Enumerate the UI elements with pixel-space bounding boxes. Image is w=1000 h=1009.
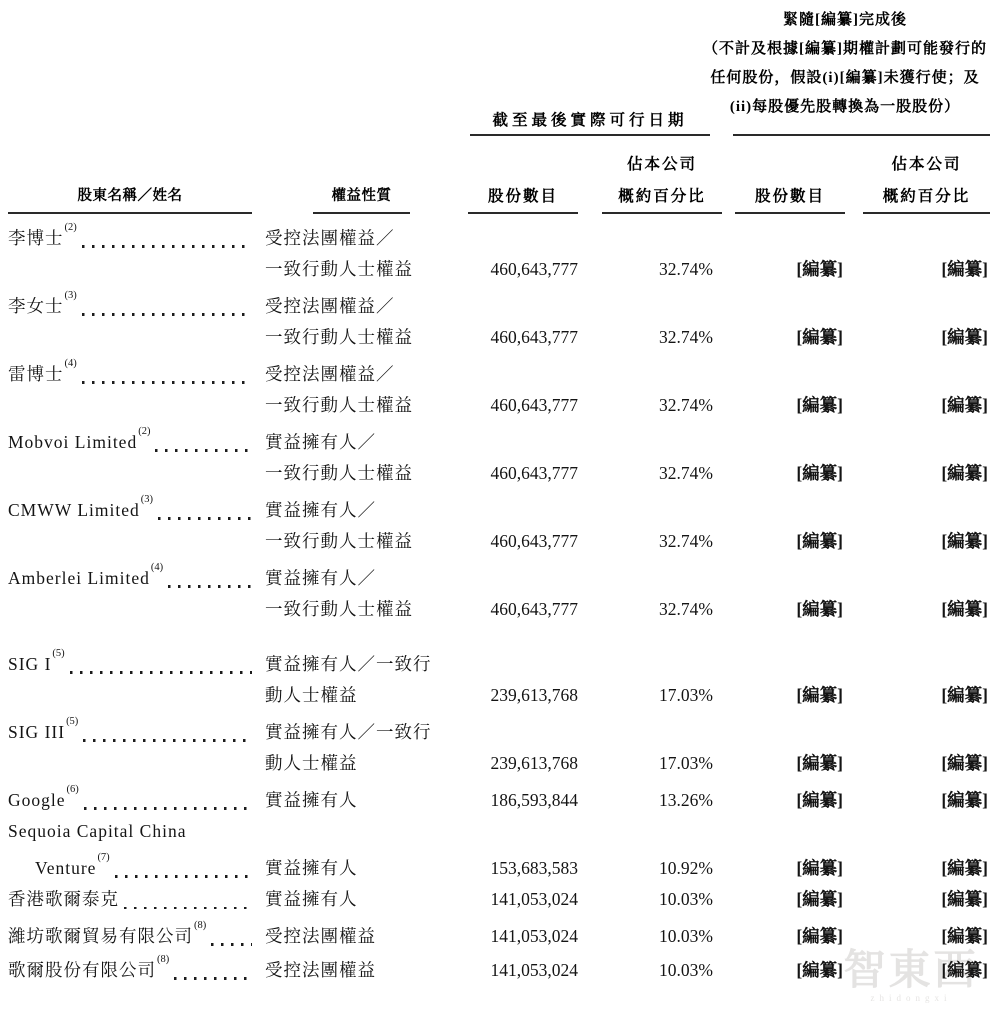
table-row-line: 李女士(3)受控法團權益／ <box>8 286 988 320</box>
nature-of-interest: 受控法團權益／ <box>258 357 455 391</box>
shareholder-name: 濰坊歌爾貿易有限公司(8) <box>8 916 206 953</box>
footnote-superscript: (2) <box>138 426 150 437</box>
dot-leader <box>83 739 252 741</box>
nature-of-interest: 一致行動人士權益 <box>258 456 455 490</box>
approx-percentage: 10.03% <box>578 882 713 916</box>
table-row-line: 雷博士(4)受控法團權益／ <box>8 354 988 388</box>
table-row: SIG I(5)實益擁有人／一致行動人士權益239,613,76817.03%[… <box>8 644 988 712</box>
nature-of-interest: 實益擁有人／ <box>258 493 455 527</box>
post-completion-shares: [編纂] <box>713 919 843 953</box>
shares-count: 460,643,777 <box>455 320 578 354</box>
post-completion-percentage: [編纂] <box>843 678 988 712</box>
dot-leader <box>82 245 252 247</box>
post-completion-shares: [編纂] <box>713 851 843 885</box>
footnote-superscript: (3) <box>65 290 77 301</box>
post-completion-percentage: [編纂] <box>843 592 988 626</box>
watermark-logo: 智東西 <box>826 947 996 995</box>
shareholder-name-cell: Sequoia Capital China <box>8 814 258 848</box>
table-row-line: 一致行動人士權益460,643,77732.74%[編纂][編纂] <box>8 592 988 626</box>
post-completion-line: （不計及根據[編纂]期權計劃可能發行的 <box>690 35 1000 64</box>
post-completion-percentage: [編纂] <box>843 320 988 354</box>
shareholder-name-header: 股東名稱／姓名 <box>8 184 252 205</box>
approx-percentage: 32.74% <box>578 592 713 626</box>
shareholder-name-cell: SIG I(5) <box>8 644 258 681</box>
nature-of-interest: 實益擁有人／ <box>258 561 455 595</box>
nature-of-interest: 實益擁有人 <box>258 851 455 885</box>
as-at-date-rule <box>470 134 710 136</box>
dot-leader <box>158 517 252 519</box>
table-row: 香港歌爾泰克實益擁有人141,053,02410.03%[編纂][編纂] <box>8 882 988 916</box>
table-row-line: 動人士權益239,613,76817.03%[編纂][編纂] <box>8 746 988 780</box>
nature-of-interest: 受控法團權益 <box>258 953 455 987</box>
column-rule <box>468 212 578 214</box>
table-row-line: Venture(7)實益擁有人153,683,58310.92%[編纂][編纂] <box>8 848 988 882</box>
table-row-line: 一致行動人士權益460,643,77732.74%[編纂][編纂] <box>8 320 988 354</box>
shareholder-name: Amberlei Limited(4) <box>8 558 163 595</box>
shares-count: 186,593,844 <box>455 783 578 817</box>
post-completion-shares: [編纂] <box>713 882 843 916</box>
table-row-line: 香港歌爾泰克實益擁有人141,053,02410.03%[編纂][編纂] <box>8 882 988 916</box>
table-row: CMWW Limited(3)實益擁有人／一致行動人士權益460,643,777… <box>8 490 988 558</box>
nature-of-interest: 一致行動人士權益 <box>258 320 455 354</box>
shareholder-name-cell: Mobvoi Limited(2) <box>8 422 258 459</box>
nature-of-interest: 動人士權益 <box>258 746 455 780</box>
table-row-line: 濰坊歌爾貿易有限公司(8)受控法團權益141,053,02410.03%[編纂]… <box>8 916 988 950</box>
post-completion-shares: [編纂] <box>713 592 843 626</box>
nature-of-interest: 受控法團權益／ <box>258 221 455 255</box>
shareholder-name: 香港歌爾泰克 <box>8 882 119 916</box>
shareholder-name: 李博士(2) <box>8 218 77 255</box>
table-row-line: 李博士(2)受控法團權益／ <box>8 218 988 252</box>
footnote-superscript: (7) <box>97 852 109 863</box>
shareholder-name-cell: 濰坊歌爾貿易有限公司(8) <box>8 916 258 953</box>
table-row: 濰坊歌爾貿易有限公司(8)受控法團權益141,053,02410.03%[編纂]… <box>8 916 988 950</box>
post-completion-shares: [編纂] <box>713 252 843 286</box>
prospectus-page: 緊隨[編纂]完成後 （不計及根據[編纂]期權計劃可能發行的 任何股份，假設(i)… <box>0 0 1000 1009</box>
pct-of-company-label: 佔本公司 <box>602 152 722 174</box>
approx-percentage: 32.74% <box>578 320 713 354</box>
footnote-superscript: (6) <box>67 784 79 795</box>
approx-percentage-header: 概約百分比 <box>863 184 990 206</box>
dot-leader <box>124 907 252 909</box>
table-row-line: 一致行動人士權益460,643,77732.74%[編纂][編纂] <box>8 456 988 490</box>
post-completion-percentage: [編纂] <box>843 252 988 286</box>
table-row: Amberlei Limited(4)實益擁有人／一致行動人士權益460,643… <box>8 558 988 626</box>
approx-percentage: 10.03% <box>578 953 713 987</box>
table-row-line: 一致行動人士權益460,643,77732.74%[編纂][編纂] <box>8 524 988 558</box>
table-row: SIG III(5)實益擁有人／一致行動人士權益239,613,76817.03… <box>8 712 988 780</box>
post-completion-percentage: [編纂] <box>843 456 988 490</box>
footnote-superscript: (2) <box>65 222 77 233</box>
post-completion-percentage: [編纂] <box>843 783 988 817</box>
nature-of-interest: 一致行動人士權益 <box>258 592 455 626</box>
as-at-date-header: 截至最後實際可行日期 <box>470 108 710 130</box>
dot-leader <box>82 313 252 315</box>
shareholder-name-cell: 歌爾股份有限公司(8) <box>8 950 258 987</box>
column-rule <box>602 212 722 214</box>
table-row-line: 一致行動人士權益460,643,77732.74%[編纂][編纂] <box>8 252 988 286</box>
nature-of-interest: 受控法團權益 <box>258 919 455 953</box>
column-rule <box>8 212 252 214</box>
shares-count: 153,683,583 <box>455 851 578 885</box>
shareholder-name-cell: Amberlei Limited(4) <box>8 558 258 595</box>
shares-count: 460,643,777 <box>455 456 578 490</box>
shares-count-header: 股份數目 <box>735 184 845 206</box>
table-row: 雷博士(4)受控法團權益／一致行動人士權益460,643,77732.74%[編… <box>8 354 988 422</box>
approx-percentage: 10.03% <box>578 919 713 953</box>
shares-count: 239,613,768 <box>455 678 578 712</box>
table-row-line: Mobvoi Limited(2)實益擁有人／ <box>8 422 988 456</box>
post-completion-percentage: [編纂] <box>843 388 988 422</box>
shareholder-name: Sequoia Capital China <box>8 814 186 848</box>
approx-percentage: 10.92% <box>578 851 713 885</box>
table-row-line: SIG III(5)實益擁有人／一致行 <box>8 712 988 746</box>
post-completion-percentage: [編纂] <box>843 746 988 780</box>
nature-of-interest-header: 權益性質 <box>313 184 410 205</box>
approx-percentage: 32.74% <box>578 388 713 422</box>
nature-of-interest: 實益擁有人 <box>258 783 455 817</box>
approx-percentage: 32.74% <box>578 524 713 558</box>
dot-leader <box>211 943 252 945</box>
shareholder-name-cell: 李女士(3) <box>8 286 258 323</box>
dot-leader <box>168 585 252 587</box>
approx-percentage-header: 概約百分比 <box>602 184 722 206</box>
shares-count: 460,643,777 <box>455 388 578 422</box>
footnote-superscript: (4) <box>65 358 77 369</box>
column-rule <box>863 212 990 214</box>
shares-count: 239,613,768 <box>455 746 578 780</box>
shareholder-name: Google(6) <box>8 780 79 817</box>
post-completion-shares: [編纂] <box>713 524 843 558</box>
shareholder-name-cell: CMWW Limited(3) <box>8 490 258 527</box>
table-row: Google(6)實益擁有人186,593,84413.26%[編纂][編纂] <box>8 780 988 814</box>
post-completion-rule <box>733 134 990 136</box>
dot-leader <box>82 381 252 383</box>
footnote-superscript: (5) <box>66 716 78 727</box>
post-completion-shares: [編纂] <box>713 953 843 987</box>
shares-count: 141,053,024 <box>455 953 578 987</box>
shares-count: 460,643,777 <box>455 592 578 626</box>
pct-of-company-label: 佔本公司 <box>863 152 990 174</box>
watermark: 智東西 zhidongxi <box>826 947 996 1003</box>
nature-of-interest: 實益擁有人／一致行 <box>258 647 455 681</box>
shares-count: 141,053,024 <box>455 919 578 953</box>
post-completion-line: 任何股份，假設(i)[編纂]未獲行使；及 <box>690 64 1000 93</box>
post-completion-percentage: [編纂] <box>843 851 988 885</box>
dot-leader <box>115 875 252 877</box>
approx-percentage: 32.74% <box>578 456 713 490</box>
post-completion-shares: [編纂] <box>713 783 843 817</box>
post-completion-shares: [編纂] <box>713 456 843 490</box>
nature-of-interest: 動人士權益 <box>258 678 455 712</box>
nature-of-interest: 實益擁有人 <box>258 882 455 916</box>
table-row: 李女士(3)受控法團權益／一致行動人士權益460,643,77732.74%[編… <box>8 286 988 354</box>
nature-of-interest: 一致行動人士權益 <box>258 388 455 422</box>
shareholder-name: SIG I(5) <box>8 644 65 681</box>
shareholder-name: 李女士(3) <box>8 286 77 323</box>
shareholder-name-cell: SIG III(5) <box>8 712 258 749</box>
approx-percentage: 17.03% <box>578 746 713 780</box>
shares-count: 460,643,777 <box>455 252 578 286</box>
nature-of-interest: 一致行動人士權益 <box>258 252 455 286</box>
nature-of-interest: 一致行動人士權益 <box>258 524 455 558</box>
shares-count-header: 股份數目 <box>468 184 578 206</box>
table-row-line: CMWW Limited(3)實益擁有人／ <box>8 490 988 524</box>
nature-of-interest: 實益擁有人／ <box>258 425 455 459</box>
table-row-line: Amberlei Limited(4)實益擁有人／ <box>8 558 988 592</box>
table-row: Mobvoi Limited(2)實益擁有人／一致行動人士權益460,643,7… <box>8 422 988 490</box>
table-row: Sequoia Capital ChinaVenture(7)實益擁有人153,… <box>8 814 988 882</box>
nature-of-interest: 受控法團權益／ <box>258 289 455 323</box>
shareholder-name: 歌爾股份有限公司(8) <box>8 950 169 987</box>
table-row-line: SIG I(5)實益擁有人／一致行 <box>8 644 988 678</box>
table-body: 李博士(2)受控法團權益／一致行動人士權益460,643,77732.74%[編… <box>8 218 988 984</box>
shares-count: 141,053,024 <box>455 882 578 916</box>
approx-percentage: 13.26% <box>578 783 713 817</box>
dot-leader <box>155 449 252 451</box>
shareholder-name-cell: Google(6) <box>8 780 258 817</box>
post-completion-shares: [編纂] <box>713 320 843 354</box>
table-row-line: Sequoia Capital China <box>8 814 988 848</box>
shareholder-name: CMWW Limited(3) <box>8 490 153 527</box>
column-rule <box>313 212 410 214</box>
table-row-line: Google(6)實益擁有人186,593,84413.26%[編纂][編纂] <box>8 780 988 814</box>
footnote-superscript: (8) <box>157 954 169 965</box>
post-completion-line: (ii)每股優先股轉換為一股股份） <box>690 93 1000 122</box>
post-completion-percentage: [編纂] <box>843 882 988 916</box>
shareholder-name: SIG III(5) <box>8 712 78 749</box>
dot-leader <box>174 977 252 979</box>
table-row-line: 動人士權益239,613,76817.03%[編纂][編纂] <box>8 678 988 712</box>
post-completion-shares: [編纂] <box>713 388 843 422</box>
shareholder-name-cell: 雷博士(4) <box>8 354 258 391</box>
shares-count: 460,643,777 <box>455 524 578 558</box>
approx-percentage: 32.74% <box>578 252 713 286</box>
approx-percentage: 17.03% <box>578 678 713 712</box>
shareholder-name: Venture(7) <box>35 848 110 885</box>
footnote-superscript: (3) <box>141 494 153 505</box>
shareholder-name-cell: Venture(7) <box>8 848 258 885</box>
shareholder-name: 雷博士(4) <box>8 354 77 391</box>
footnote-superscript: (4) <box>151 562 163 573</box>
shareholder-name: Mobvoi Limited(2) <box>8 422 150 459</box>
dot-leader <box>70 671 252 673</box>
footnote-superscript: (8) <box>194 920 206 931</box>
table-row-line: 一致行動人士權益460,643,77732.74%[編纂][編纂] <box>8 388 988 422</box>
dot-leader <box>84 807 252 809</box>
shareholder-name-cell: 香港歌爾泰克 <box>8 882 258 916</box>
shareholder-name-cell: 李博士(2) <box>8 218 258 255</box>
post-completion-shares: [編纂] <box>713 678 843 712</box>
post-completion-percentage: [編纂] <box>843 524 988 558</box>
post-completion-header: 緊隨[編纂]完成後 （不計及根據[編纂]期權計劃可能發行的 任何股份，假設(i)… <box>690 6 1000 122</box>
nature-of-interest: 實益擁有人／一致行 <box>258 715 455 749</box>
footnote-superscript: (5) <box>52 648 64 659</box>
table-row: 李博士(2)受控法團權益／一致行動人士權益460,643,77732.74%[編… <box>8 218 988 286</box>
column-rule <box>735 212 845 214</box>
post-completion-shares: [編纂] <box>713 746 843 780</box>
post-completion-line: 緊隨[編纂]完成後 <box>690 6 1000 35</box>
